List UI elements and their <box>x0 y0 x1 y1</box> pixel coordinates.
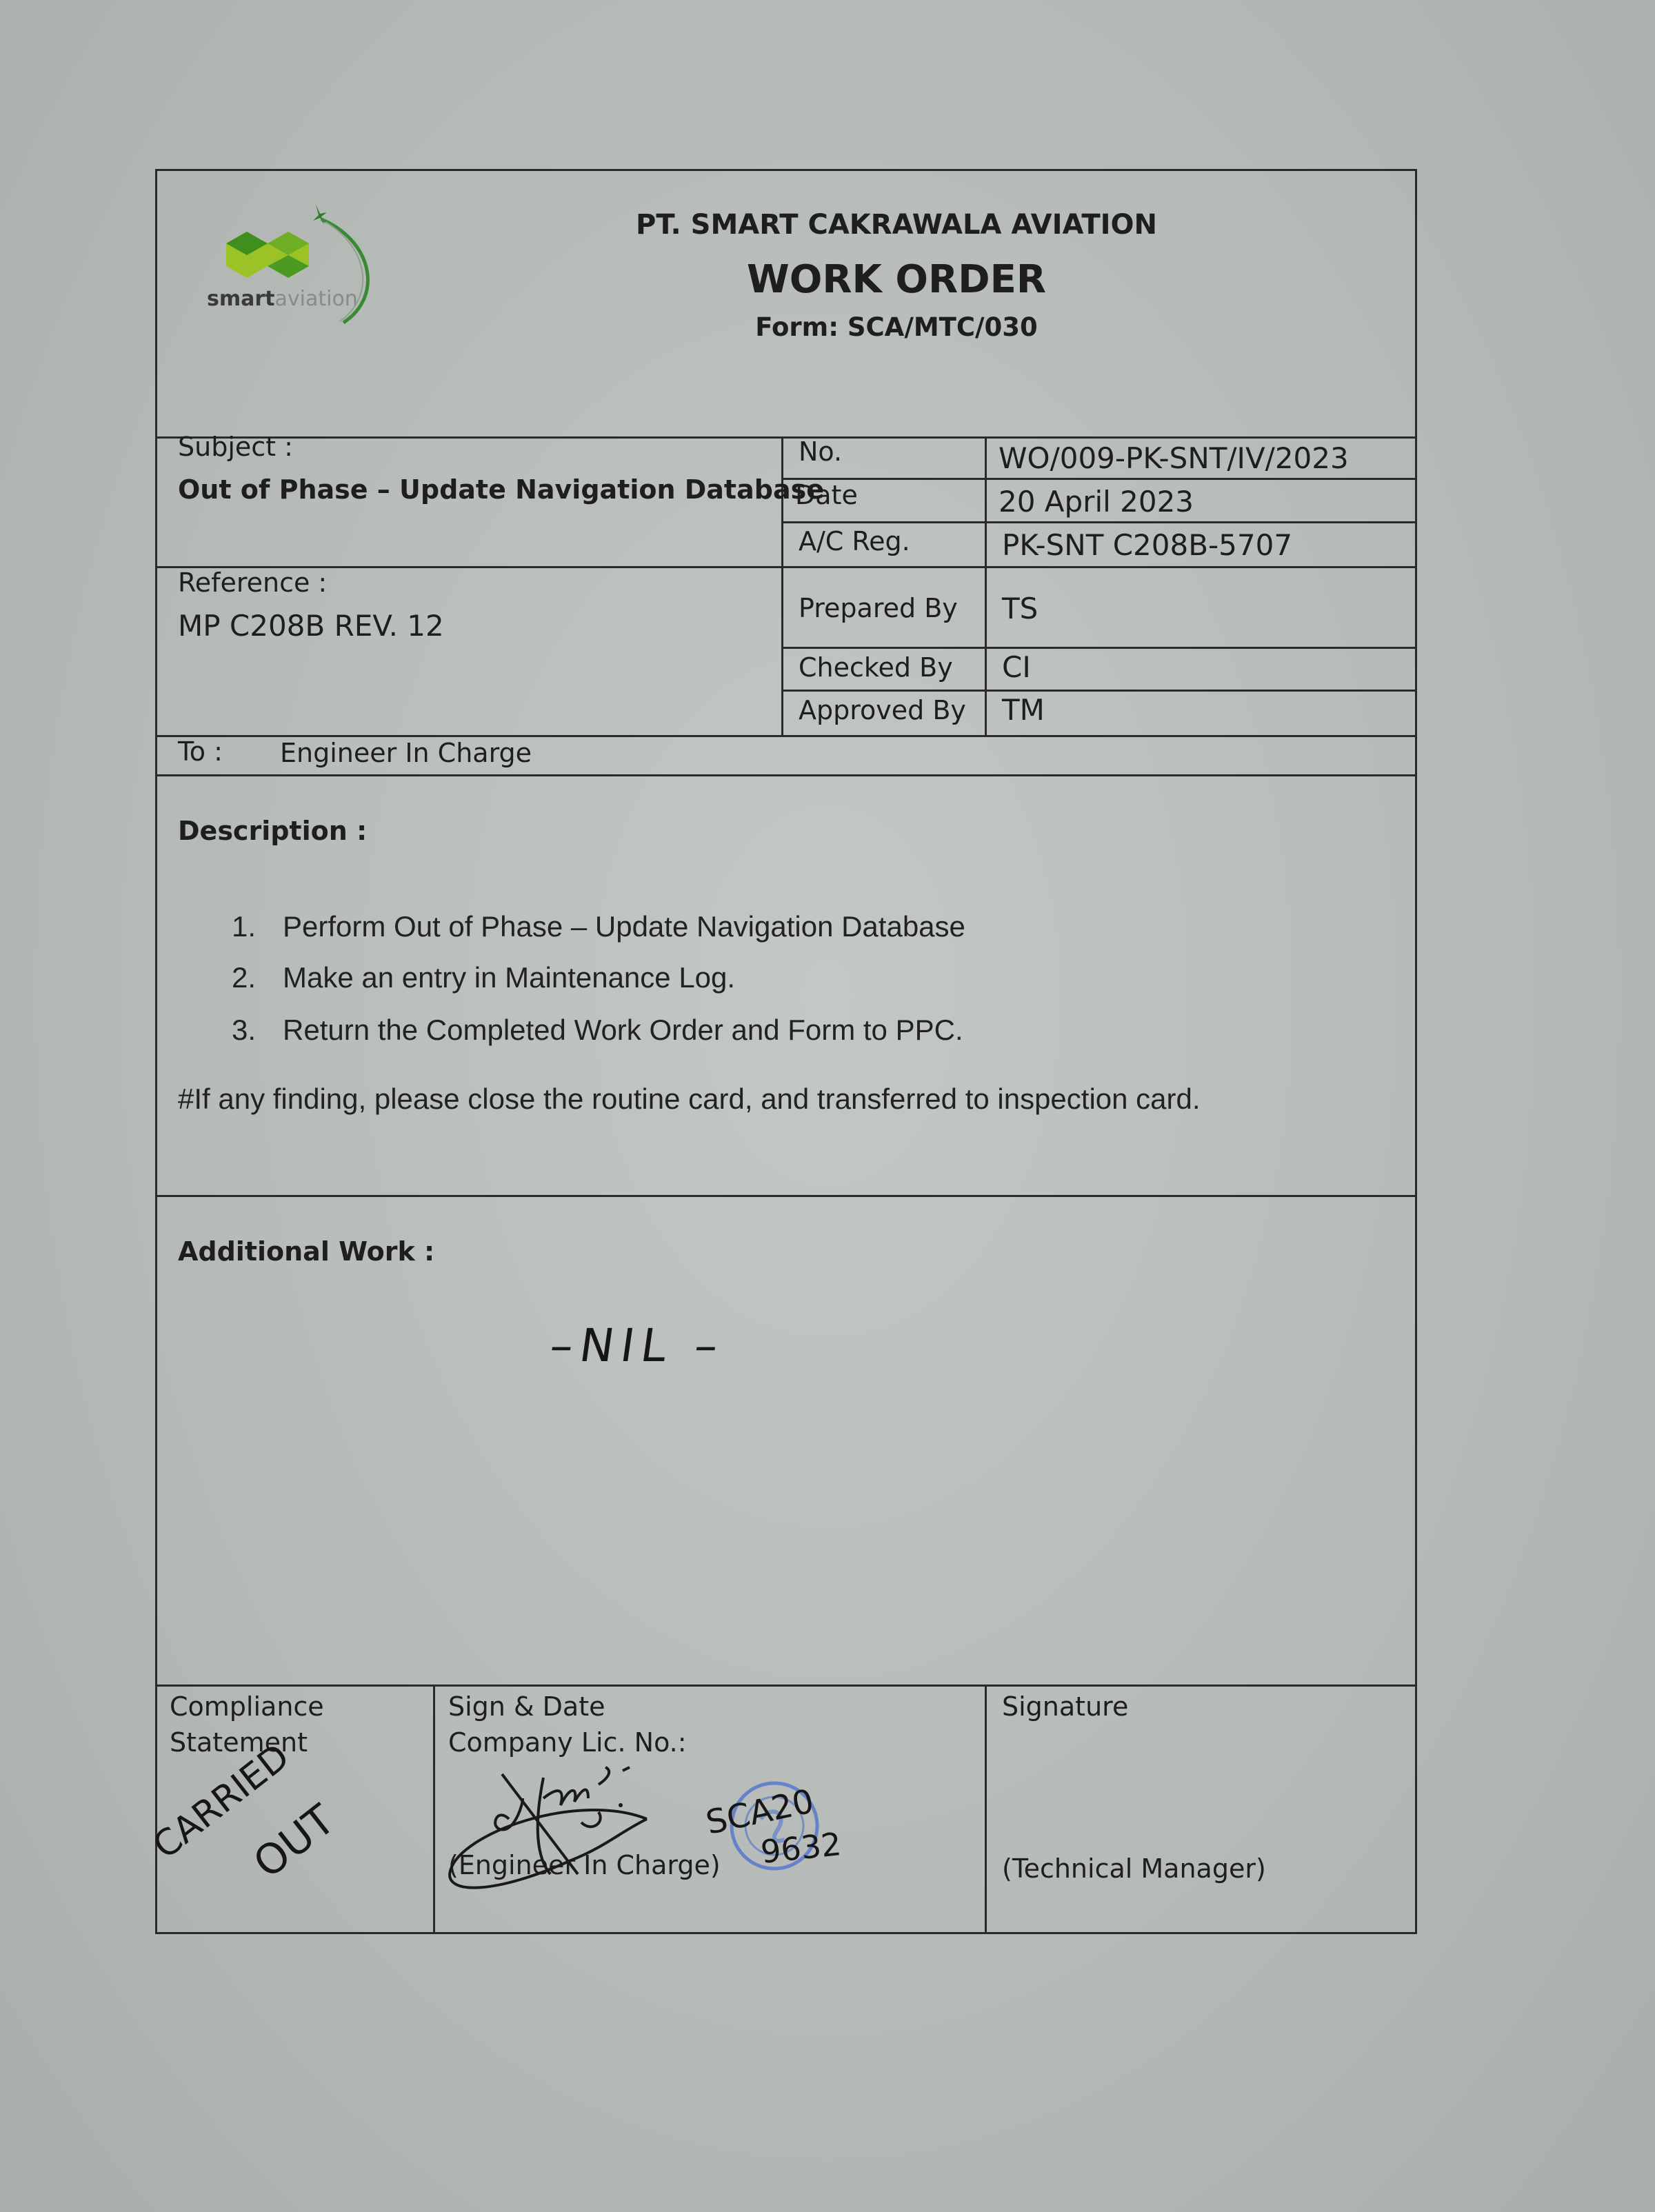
divider <box>157 774 1417 776</box>
divider <box>157 735 1417 737</box>
signature-label: Signature <box>1002 1691 1128 1722</box>
info-value-no: WO/009-PK-SNT/IV/2023 <box>999 441 1349 475</box>
info-label-prepared-by: Prepared By <box>799 593 958 623</box>
handwritten-license-number: 9632 <box>759 1825 843 1871</box>
sign-date-label: Sign & Date <box>448 1691 605 1722</box>
reference-value: MP C208B REV. 12 <box>178 609 444 643</box>
info-value-ac-reg: PK-SNT C208B-5707 <box>1002 528 1292 562</box>
divider <box>157 1195 1417 1197</box>
info-label-ac-reg: A/C Reg. <box>799 526 910 556</box>
info-label-no: No. <box>799 436 842 467</box>
description-item-number: 3. <box>232 1014 256 1047</box>
description-item-number: 1. <box>232 910 256 943</box>
info-value-prepared-by: TS <box>1002 592 1038 625</box>
additional-work-label: Additional Work : <box>178 1236 434 1267</box>
info-value-date: 20 April 2023 <box>999 485 1194 519</box>
technical-manager-role: (Technical Manager) <box>1002 1853 1266 1884</box>
info-value-checked-by: CI <box>1002 650 1031 684</box>
compliance-label-line2: Statement <box>170 1727 308 1758</box>
engineer-signature-icon <box>440 1757 730 1916</box>
divider <box>433 1685 435 1934</box>
divider <box>157 436 1417 439</box>
divider <box>781 647 1417 649</box>
info-label-date: Date <box>795 480 858 510</box>
description-item: Return the Completed Work Order and Form… <box>283 1014 963 1047</box>
divider <box>157 1685 1417 1687</box>
description-label: Description : <box>178 816 367 846</box>
document-title: WORK ORDER <box>157 257 1415 302</box>
divider <box>781 690 1417 692</box>
form-code: Form: SCA/MTC/030 <box>157 312 1415 342</box>
to-label: To : <box>178 736 223 767</box>
info-value-approved-by: TM <box>1002 693 1045 727</box>
divider <box>781 478 1417 480</box>
info-label-checked-by: Checked By <box>799 652 953 683</box>
company-name: PT. SMART CAKRAWALA AVIATION <box>157 209 1415 241</box>
divider <box>781 521 1417 523</box>
info-label-approved-by: Approved By <box>799 695 966 725</box>
divider <box>157 566 1417 568</box>
description-item: Perform Out of Phase – Update Navigation… <box>283 910 965 943</box>
work-order-form: smartaviation PT. SMART CAKRAWALA AVIATI… <box>155 169 1417 1934</box>
handwritten-out: OUT <box>245 1796 344 1888</box>
description-item: Make an entry in Maintenance Log. <box>283 961 735 994</box>
reference-label: Reference : <box>178 567 327 598</box>
divider <box>985 1685 987 1934</box>
to-value: Engineer In Charge <box>280 738 532 768</box>
compliance-label-line1: Compliance <box>170 1691 324 1722</box>
company-license-label: Company Lic. No.: <box>448 1727 687 1758</box>
description-item-number: 2. <box>232 961 256 994</box>
subject-value: Out of Phase – Update Navigation Databas… <box>178 474 824 505</box>
subject-label: Subject : <box>178 432 293 462</box>
handwritten-nil: –NIL – <box>547 1319 728 1372</box>
description-note: #If any finding, please close the routin… <box>178 1083 1201 1116</box>
